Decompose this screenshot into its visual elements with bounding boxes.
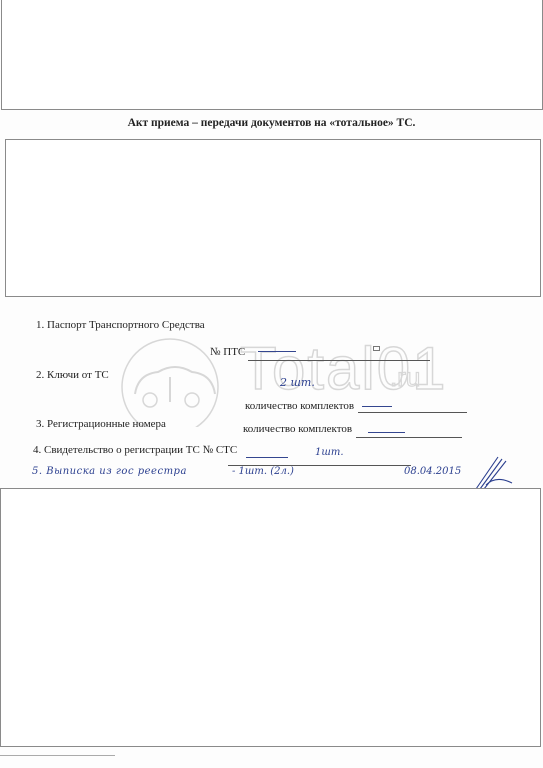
item-keys: 2. Ключи от ТС — [36, 369, 109, 381]
sts-dash — [246, 457, 288, 458]
plates-count-field[interactable] — [356, 437, 462, 438]
pts-label: № ПТС — [210, 346, 245, 358]
plates-dash — [368, 432, 405, 433]
plates-count-label: количество комплектов — [243, 423, 352, 435]
item5-handwritten: 5. Выписка из гос реестра — [32, 466, 187, 477]
document-title: Акт приема – передачи документов на «тот… — [0, 117, 543, 129]
item-pts: 1. Паспорт Транспортного Средства — [36, 319, 205, 331]
handwritten-date: 08.04.2015 — [404, 466, 461, 477]
item5-count-handwritten: - 1шт. (2л.) — [232, 466, 294, 477]
keys-handwritten-value: 2 шт. — [280, 376, 315, 389]
sts-handwritten-value: 1шт. — [315, 447, 344, 458]
redacted-header-box — [1, 0, 543, 110]
signature-icon — [472, 455, 514, 491]
keys-dash — [362, 406, 392, 407]
scan-edge-line — [0, 755, 115, 756]
item-sts: 4. Свидетельство о регистрации ТС № СТС — [33, 444, 237, 456]
redacted-signatures-box — [0, 488, 541, 747]
watermark-suffix: .ru — [390, 362, 420, 393]
pts-dash — [258, 351, 296, 352]
item-plates: 3. Регистрационные номера — [36, 418, 166, 430]
redacted-parties-box — [5, 139, 541, 297]
keys-count-field[interactable] — [358, 412, 467, 413]
pts-field[interactable] — [248, 360, 430, 361]
keys-count-label: количество комплектов — [245, 400, 354, 412]
scan-artifact — [373, 346, 380, 351]
watermark-text: Total01 — [240, 334, 447, 403]
